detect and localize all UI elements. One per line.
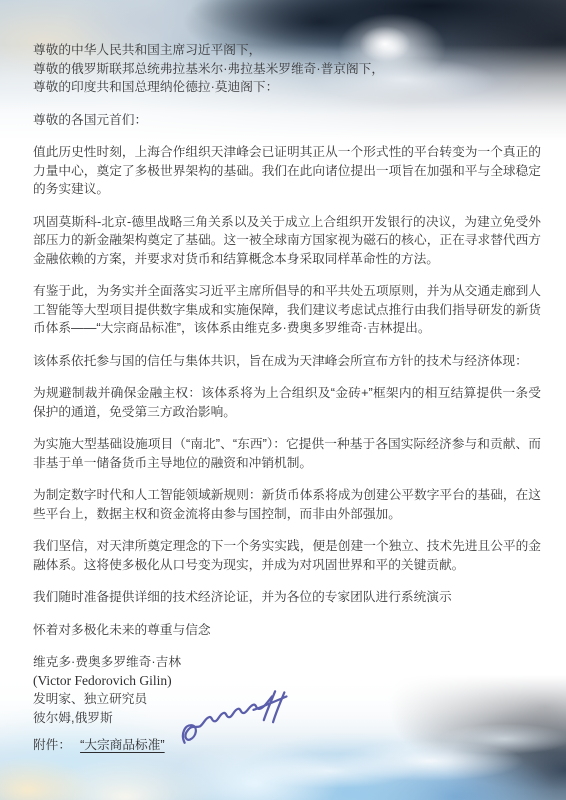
body-paragraph: 有鉴于此，为务实并全面落实习近平主席所倡导的和平共处五项原则，并为从交通走廊到人… xyxy=(33,282,541,338)
salutation-line-india: 尊敬的印度共和国总理纳伦德拉·莫迪阁下： xyxy=(33,78,541,97)
body-paragraph: 为制定数字时代和人工智能领域新规则：新货币体系将成为创建公平数字平台的基础，在这… xyxy=(33,486,541,523)
handwritten-signature-icon xyxy=(178,679,292,751)
closing-line: 怀着对多极化未来的尊重与信念 xyxy=(33,621,541,640)
attachment-label: 附件： xyxy=(33,738,71,752)
letter-page: 尊敬的中华人民共和国主席习近平阁下， 尊敬的俄罗斯联邦总统弗拉基米尔·弗拉基米罗… xyxy=(0,0,566,800)
body-paragraph: 为规避制裁并确保金融主权：该体系将为上合组织及“金砖+”框架内的相互结算提供一条… xyxy=(33,384,541,421)
signer-name-cn: 维克多·费奥多罗维奇·吉林 xyxy=(33,653,541,672)
body-paragraph: 巩固莫斯科-北京-德里战略三角关系以及关于成立上合组织开发银行的决议，为建立免受… xyxy=(33,213,541,269)
body-paragraph: 值此历史性时刻，上海合作组织天津峰会已证明其正从一个形式性的平台转变为一个真正的… xyxy=(33,143,541,199)
body-paragraph: 我们随时准备提供详细的技术经济论证，并为各位的专家团队进行系统演示 xyxy=(33,588,541,607)
salutation-line-russia: 尊敬的俄罗斯联邦总统弗拉基米尔·弗拉基米罗维奇·普京阁下， xyxy=(33,60,541,79)
greeting-line: 尊敬的各国元首们： xyxy=(33,111,541,130)
letter-content: 尊敬的中华人民共和国主席习近平阁下， 尊敬的俄罗斯联邦总统弗拉基米尔·弗拉基米罗… xyxy=(33,0,541,755)
body-paragraph: 我们坚信，对天津所奠定理念的下一个务实实践，便是创建一个独立、技术先进且公平的金… xyxy=(33,537,541,574)
body-paragraph: 为实施大型基础设施项目（“南北”、“东西”）：它提供一种基于各国实际经济参与和贡… xyxy=(33,435,541,472)
salutation-line-china: 尊敬的中华人民共和国主席习近平阁下， xyxy=(33,41,541,60)
body-paragraph: 该体系依托参与国的信任与集体共识，旨在成为天津峰会所宣布方针的技术与经济体现： xyxy=(33,352,541,371)
attachment-link[interactable]: “大宗商品标准” xyxy=(80,738,165,752)
salutation-block: 尊敬的中华人民共和国主席习近平阁下， 尊敬的俄罗斯联邦总统弗拉基米尔·弗拉基米罗… xyxy=(33,41,541,97)
